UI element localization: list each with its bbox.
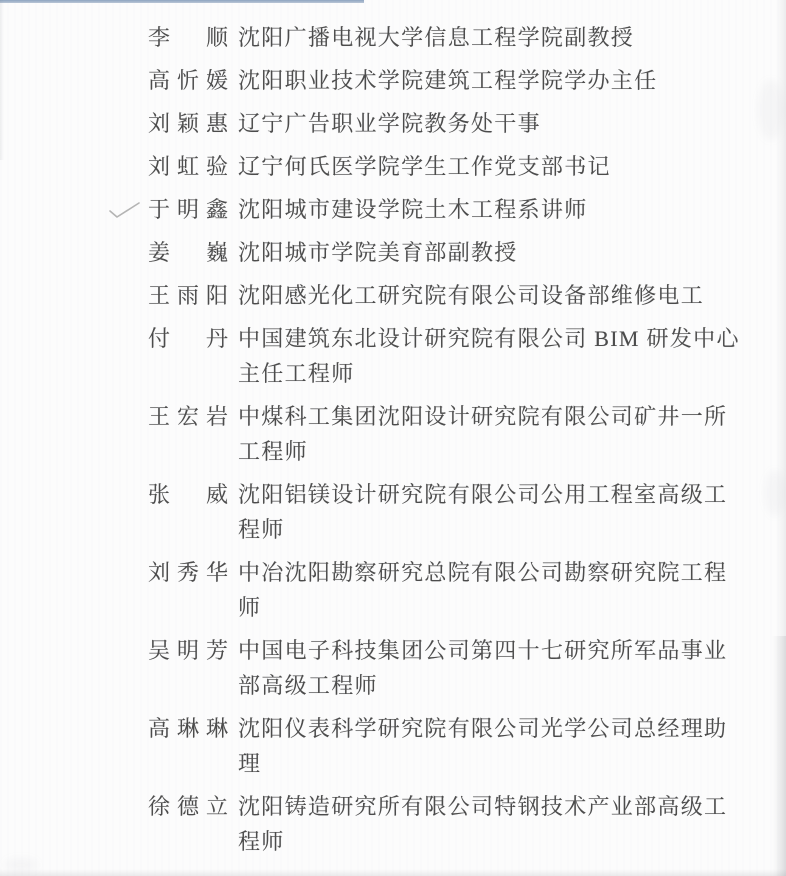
entry-description-line: 沈阳广播电视大学信息工程学院副教授 bbox=[238, 20, 634, 55]
list-entry: 高忻媛 沈阳职业技术学院建筑工程学院学办主任 bbox=[148, 63, 738, 98]
list-entry: 于明鑫 沈阳城市建设学院土木工程系讲师 bbox=[148, 192, 738, 227]
entry-description: 中国电子科技集团公司第四十七研究所军品事业部高级工程师 bbox=[238, 633, 727, 703]
entry-name: 王宏岩 bbox=[148, 399, 228, 434]
entry-name: 刘虹验 bbox=[148, 149, 228, 184]
entry-name: 徐德立 bbox=[148, 789, 228, 824]
entry-description-line: 师 bbox=[238, 590, 727, 625]
list-entry: 刘秀华 中冶沈阳勘察研究总院有限公司勘察研究院工程师 bbox=[148, 555, 738, 625]
entry-name: 刘秀华 bbox=[148, 555, 228, 590]
entry-description: 沈阳广播电视大学信息工程学院副教授 bbox=[238, 20, 634, 55]
list-entry: 姜 巍 沈阳城市学院美育部副教授 bbox=[148, 235, 738, 270]
entry-name: 吴明芳 bbox=[148, 633, 228, 668]
entry-name: 于明鑫 bbox=[148, 192, 228, 227]
entry-description-line: 辽宁广告职业学院教务处干事 bbox=[238, 106, 541, 141]
entry-name: 高忻媛 bbox=[148, 63, 228, 98]
entry-description-line: 中国建筑东北设计研究院有限公司 BIM 研发中心 bbox=[238, 321, 740, 356]
entry-name: 王雨阳 bbox=[148, 278, 228, 313]
list-entry: 刘虹验 辽宁何氏医学院学生工作党支部书记 bbox=[148, 149, 738, 184]
list-entry: 李 顺 沈阳广播电视大学信息工程学院副教授 bbox=[148, 20, 738, 55]
list-entry: 徐德立 沈阳铸造研究所有限公司特钢技术产业部高级工程师 bbox=[148, 789, 738, 859]
entry-description-line: 沈阳职业技术学院建筑工程学院学办主任 bbox=[238, 63, 657, 98]
entry-description: 沈阳职业技术学院建筑工程学院学办主任 bbox=[238, 63, 657, 98]
entry-description-line: 中煤科工集团沈阳设计研究院有限公司矿井一所 bbox=[238, 399, 727, 434]
list-entry: 吴明芳 中国电子科技集团公司第四十七研究所军品事业部高级工程师 bbox=[148, 633, 738, 703]
scan-artifact-left-edge bbox=[0, 0, 4, 160]
entry-description: 沈阳铸造研究所有限公司特钢技术产业部高级工程师 bbox=[238, 789, 727, 859]
entry-description-line: 辽宁何氏医学院学生工作党支部书记 bbox=[238, 149, 611, 184]
pencil-check-icon bbox=[108, 200, 142, 220]
entry-description: 辽宁广告职业学院教务处干事 bbox=[238, 106, 541, 141]
entry-name: 张 威 bbox=[148, 477, 228, 512]
entry-description: 沈阳城市建设学院土木工程系讲师 bbox=[238, 192, 588, 227]
entry-name: 高琳琳 bbox=[148, 711, 228, 746]
scan-artifact-right-edge-lower bbox=[772, 636, 786, 876]
scan-artifact-top-line bbox=[0, 0, 364, 3]
entry-name: 姜 巍 bbox=[148, 235, 228, 270]
list-entry: 刘颖惠 辽宁广告职业学院教务处干事 bbox=[148, 106, 738, 141]
entry-description: 沈阳感光化工研究院有限公司设备部维修电工 bbox=[238, 278, 704, 313]
list-entry: 王雨阳 沈阳感光化工研究院有限公司设备部维修电工 bbox=[148, 278, 738, 313]
scan-smudge bbox=[758, 80, 784, 140]
entry-description-line: 沈阳铸造研究所有限公司特钢技术产业部高级工 bbox=[238, 789, 727, 824]
entry-description-line: 沈阳城市学院美育部副教授 bbox=[238, 235, 518, 270]
entry-description-line: 部高级工程师 bbox=[238, 668, 727, 703]
list-entry: 张 威 沈阳铝镁设计研究院有限公司公用工程室高级工程师 bbox=[148, 477, 738, 547]
entry-description: 沈阳城市学院美育部副教授 bbox=[238, 235, 518, 270]
scan-smudge bbox=[4, 858, 38, 872]
entry-description: 辽宁何氏医学院学生工作党支部书记 bbox=[238, 149, 611, 184]
entry-name: 李 顺 bbox=[148, 20, 228, 55]
scan-artifact-bottom-edge bbox=[0, 869, 786, 876]
entry-description-line: 中国电子科技集团公司第四十七研究所军品事业 bbox=[238, 633, 727, 668]
entry-name: 刘颖惠 bbox=[148, 106, 228, 141]
entry-description-line: 主任工程师 bbox=[238, 356, 740, 391]
entry-description: 中煤科工集团沈阳设计研究院有限公司矿井一所工程师 bbox=[238, 399, 727, 469]
entry-description: 中国建筑东北设计研究院有限公司 BIM 研发中心主任工程师 bbox=[238, 321, 740, 391]
entry-description-line: 程师 bbox=[238, 824, 727, 859]
entry-description-line: 工程师 bbox=[238, 434, 727, 469]
entry-description-line: 理 bbox=[238, 746, 727, 781]
entry-description-line: 沈阳仪表科学研究院有限公司光学公司总经理助 bbox=[238, 711, 727, 746]
entries-list: 李 顺 沈阳广播电视大学信息工程学院副教授 高忻媛 沈阳职业技术学院建筑工程学院… bbox=[148, 20, 738, 867]
entry-description-line: 中冶沈阳勘察研究总院有限公司勘察研究院工程 bbox=[238, 555, 727, 590]
list-entry: 高琳琳 沈阳仪表科学研究院有限公司光学公司总经理助理 bbox=[148, 711, 738, 781]
entry-description-line: 沈阳感光化工研究院有限公司设备部维修电工 bbox=[238, 278, 704, 313]
entry-description: 中冶沈阳勘察研究总院有限公司勘察研究院工程师 bbox=[238, 555, 727, 625]
scan-smudge bbox=[765, 470, 785, 516]
entry-name: 付 丹 bbox=[148, 321, 228, 356]
list-entry: 付 丹 中国建筑东北设计研究院有限公司 BIM 研发中心主任工程师 bbox=[148, 321, 738, 391]
scanned-document-page: 李 顺 沈阳广播电视大学信息工程学院副教授 高忻媛 沈阳职业技术学院建筑工程学院… bbox=[0, 0, 786, 876]
entry-description-line: 沈阳铝镁设计研究院有限公司公用工程室高级工 bbox=[238, 477, 727, 512]
entry-description-line: 程师 bbox=[238, 512, 727, 547]
entry-description: 沈阳仪表科学研究院有限公司光学公司总经理助理 bbox=[238, 711, 727, 781]
entry-description: 沈阳铝镁设计研究院有限公司公用工程室高级工程师 bbox=[238, 477, 727, 547]
list-entry: 王宏岩 中煤科工集团沈阳设计研究院有限公司矿井一所工程师 bbox=[148, 399, 738, 469]
entry-description-line: 沈阳城市建设学院土木工程系讲师 bbox=[238, 192, 588, 227]
